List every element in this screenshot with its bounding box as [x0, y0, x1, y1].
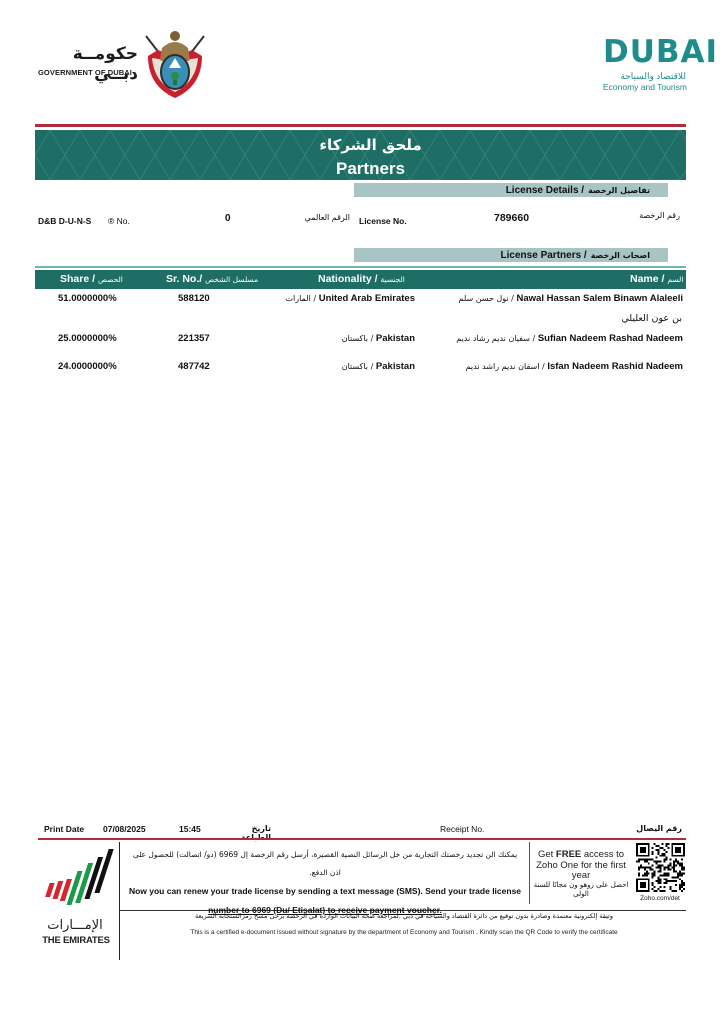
- license-details-section-header: License Details / تفاصيل الرخصة: [354, 183, 668, 197]
- name-cell: اسفان نديم راشد نديم / Isfan Nadeem Rash…: [420, 361, 683, 372]
- license-details-label-arabic: تفاصيل الرخصة: [588, 186, 650, 195]
- dubai-logo-arabic: للاقتصاد والسياحة: [604, 71, 686, 82]
- zoho-url-link[interactable]: Zoho.com/det: [632, 895, 688, 902]
- sr-no-cell: 588120: [178, 293, 210, 304]
- footer-divider-middle: [529, 842, 530, 904]
- print-time-value: 15:45: [179, 824, 201, 834]
- license-no-value: 789660: [494, 212, 529, 224]
- partners-banner: ملحق الشركاء Partners: [35, 130, 686, 180]
- duns-label-arabic: الرقم العالمي: [290, 213, 350, 222]
- column-header-share: Share / الحصص: [60, 273, 123, 285]
- table-top-rule: [35, 266, 686, 268]
- column-header-name: Name / السم: [630, 273, 683, 285]
- sr-no-cell: 487742: [178, 361, 210, 372]
- name-cell-arabic-continued: بن عون العليلي: [560, 313, 682, 324]
- government-of-dubai-label: GOVERNMENT OF DUBAI: [38, 68, 132, 77]
- share-cell: 24.0000000%: [58, 361, 117, 372]
- banner-title: Partners: [35, 159, 686, 179]
- license-details-label: License Details /: [506, 185, 584, 196]
- share-cell: 25.0000000%: [58, 333, 117, 344]
- dubai-logo-tagline: Economy and Tourism: [603, 82, 687, 92]
- license-partners-label: License Partners /: [501, 250, 587, 261]
- footer-divider-left: [119, 842, 120, 960]
- government-of-dubai-arabic: حكومــة دبــي: [38, 44, 138, 84]
- license-partners-section-header: License Partners / اصحاب الرخصة: [354, 248, 668, 262]
- duns-value: 0: [225, 213, 231, 224]
- name-cell: سفيان نديم رشاد نديم / Sufian Nadeem Ras…: [420, 333, 683, 344]
- qr-code-icon[interactable]: [636, 843, 685, 892]
- the-emirates-label: THE EMIRATES: [40, 935, 112, 946]
- print-date-value: 07/08/2025: [103, 824, 146, 834]
- partners-table-header: Share / الحصص Sr. No./ مسلسل الشخص Natio…: [35, 270, 686, 289]
- duns-no-label: ® No.: [108, 216, 130, 226]
- certificate-notice-arabic: وثيقة إلكترونية معتمدة وصادرة بدون توقيع…: [124, 912, 684, 920]
- share-cell: 51.0000000%: [58, 293, 117, 304]
- print-date-label: Print Date: [44, 824, 84, 834]
- dubai-emblem-icon: [140, 28, 210, 100]
- header-red-divider: [35, 124, 686, 127]
- receipt-no-label: Receipt No.: [440, 824, 484, 834]
- nationality-cell: باكستان / Pakistan: [225, 361, 415, 372]
- name-cell: نول حسن سلم / Nawal Hassan Salem Binawn …: [420, 293, 683, 304]
- banner-title-arabic: ملحق الشركاء: [35, 136, 686, 154]
- the-emirates-logo-icon: [38, 845, 118, 925]
- zoho-promo: Get FREE access to Zoho One for the firs…: [533, 850, 629, 882]
- sms-renewal-notice-arabic: يمكنك الن تجديد رخصتك التجارية من خل الر…: [124, 846, 526, 882]
- duns-label: D&B D-U-N-S: [38, 216, 91, 226]
- license-no-label: License No.: [359, 216, 407, 226]
- receipt-no-label-arabic: رقم اليصال: [624, 824, 682, 833]
- print-info-row: Print Date 07/08/2025 15:45 تاريخ الطباع…: [44, 824, 684, 836]
- nationality-cell: باكستان / Pakistan: [225, 333, 415, 344]
- license-no-label-arabic: رقم الرخصة: [610, 211, 680, 220]
- sr-no-cell: 221357: [178, 333, 210, 344]
- license-partners-label-arabic: اصحاب الرخصة: [591, 251, 650, 260]
- nationality-cell: المارات / United Arab Emirates: [225, 293, 415, 304]
- certificate-notice: This is a certified e-document issued wi…: [124, 929, 684, 936]
- dubai-economy-tourism-logo: DUBAI: [603, 37, 718, 68]
- the-emirates-arabic: الإمـــارات: [40, 918, 110, 933]
- column-header-nationality: Nationality / الجنسية: [318, 273, 405, 285]
- zoho-promo-arabic: احصل على زوهو ون مجانًا للسنة الولى: [533, 881, 629, 899]
- footer-red-divider: [38, 838, 686, 840]
- column-header-sr-no: Sr. No./ مسلسل الشخص: [166, 273, 258, 285]
